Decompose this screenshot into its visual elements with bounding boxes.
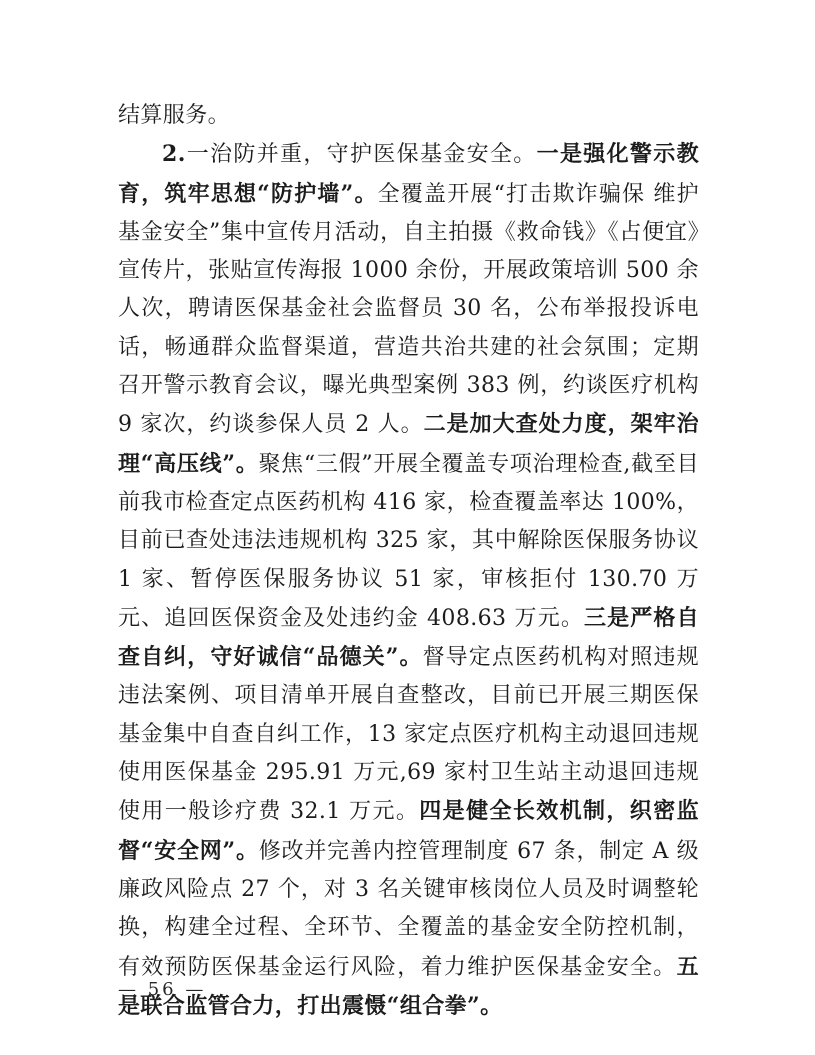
paragraph: 2.一治防并重，守护医保基金安全。一是强化警示教育，筑牢思想“防护墙”。全覆盖开… (118, 135, 699, 1026)
page-number: — 56 — (118, 979, 206, 1000)
text-run: 一治防并重，守护医保基金安全。 (186, 142, 537, 167)
text-run: 2. (162, 141, 186, 167)
document-page: 结算服务。2.一治防并重，守护医保基金安全。一是强化警示教育，筑牢思想“防护墙”… (0, 0, 815, 1055)
text-run: 结算服务。 (118, 103, 230, 128)
paragraph: 结算服务。 (118, 97, 699, 135)
document-body: 结算服务。2.一治防并重，守护医保基金安全。一是强化警示教育，筑牢思想“防护墙”… (118, 97, 699, 1026)
text-run: 全覆盖开展“打击欺诈骗保 维护基金安全”集中宣传月活动，自主拍摄《救命钱》《占便… (118, 182, 699, 438)
page-footer: — 56 — (118, 978, 206, 1002)
